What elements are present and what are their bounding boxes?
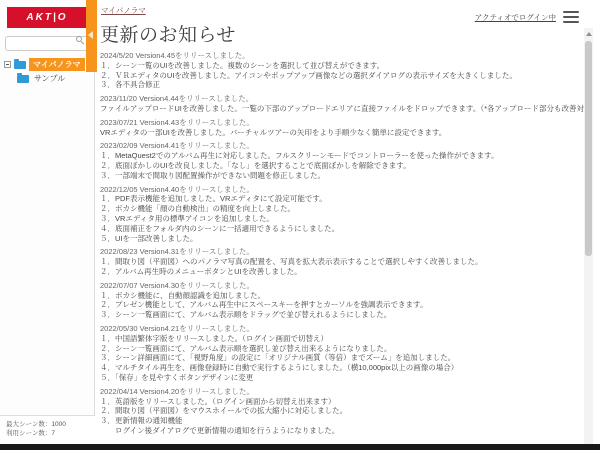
update-item: ２．シーン一覧画面にて、アルバム表示順を選択し並び替え出来るようになりました。	[100, 344, 584, 354]
app-window: AKT|O マイパノラマサンプル 最大シーン数：1000 利用シーン数：7 マイ…	[0, 0, 600, 450]
update-item: ３．各不具合修正	[100, 80, 584, 90]
update-block: 2022/12/05 Version4.40をリリースしました。１．PDF表示機…	[100, 185, 584, 244]
window-bottom-edge	[0, 444, 600, 450]
update-date: 2022/08/23 Version4.31をリリースしました。	[100, 247, 584, 257]
update-item: ２．アルバム再生時のメニューボタンとUIを改善しました。	[100, 267, 584, 277]
update-item: ２．底面ぼかしのUIを改良しました。「なし」を選択することで底面ぼかしを解除でき…	[100, 161, 584, 171]
update-date: 2022/05/30 Version4.21をリリースしました。	[100, 324, 584, 334]
hamburger-bar	[563, 21, 579, 23]
scroll-up-arrow-icon[interactable]	[586, 32, 592, 36]
sidebar-collapse-handle[interactable]	[86, 0, 97, 72]
update-item: ３．更新情報の通知機能	[100, 416, 584, 426]
update-block: 2023/11/20 Version4.44をリリースしました。ファイルアップロ…	[100, 94, 584, 114]
folder-icon	[17, 75, 29, 83]
update-block: 2022/04/14 Version4.20をリリースしました。１．英語版をリリ…	[100, 387, 584, 436]
search-icon[interactable]	[76, 36, 85, 45]
sidebar-tree-item[interactable]: サンプル	[4, 71, 90, 85]
update-item: ３．シーン一覧画面にて、アルバム表示順をドラッグで並び替えれるようにしました。	[100, 310, 584, 320]
tree-collapse-icon[interactable]	[4, 61, 11, 68]
update-block: 2024/5/20 Version4.45をリリースしました。１．シーン一覧のU…	[100, 51, 584, 90]
hamburger-bar	[563, 11, 579, 13]
update-item: ４．マルチタイル再生を、画像登録時に自動で実行するようにしました。（横10,00…	[100, 363, 584, 373]
aktio-logo-text: AKT|O	[26, 12, 67, 23]
update-item: １．中国語繁体字版をリリースしました。（ログイン画面で切替え）	[100, 334, 584, 344]
update-item: ２．ボカシ機能「顔の自動検出」の精度を向上しました。	[100, 204, 584, 214]
login-status-link[interactable]: アクティオでログイン中	[475, 12, 556, 23]
hamburger-menu-icon[interactable]	[563, 11, 579, 23]
update-item: ４．底面補正をフォルダ内のシーンに一括適用できるようにしました。	[100, 224, 584, 234]
vertical-scrollbar[interactable]	[584, 28, 593, 444]
top-right-controls: アクティオでログイン中	[475, 11, 579, 23]
update-item: １．MetaQuest2でのアルバム再生に対応しました。フルスクリーンモードでコ…	[100, 151, 584, 161]
update-item: ２．間取り図（平面図）をマウスホイールでの拡大縮小に対応しました。	[100, 406, 584, 416]
update-item: ２．ＶＲエディタのUIを改善しました。アイコンやポップアップ画像などの選択ダイア…	[100, 71, 584, 81]
update-item: ファイルアップロードUIを改善しました。一覧の下部のアップロードエリアに直接ファ…	[100, 104, 584, 114]
update-list: 2024/5/20 Version4.45をリリースしました。１．シーン一覧のU…	[100, 51, 584, 440]
update-block: 2022/07/07 Version4.30をリリースしました。１．ボカシ機能に…	[100, 281, 584, 320]
aktio-logo: AKT|O	[7, 7, 87, 28]
sidebar: AKT|O マイパノラマサンプル 最大シーン数：1000 利用シーン数：7	[0, 0, 95, 444]
update-item: ３．一部端末で間取り図配置操作ができない問題を修正しました。	[100, 171, 584, 181]
search-box	[5, 33, 89, 51]
update-item: ３．シーン詳細画面にて、「視野角度」の設定に「オリジナル画質（等倍）までズーム」…	[100, 353, 584, 363]
update-item: １．間取り図（平面図）へのパノラマ写真の配置を、写真を拡大表示表示することで選択…	[100, 257, 584, 267]
used-scene-count: 利用シーン数：7	[6, 429, 89, 438]
update-date: 2022/04/14 Version4.20をリリースしました。	[100, 387, 584, 397]
scrollbar-thumb[interactable]	[585, 41, 592, 256]
breadcrumb-mypanorama[interactable]: マイパノラマ	[101, 5, 146, 16]
update-item: ３．VRエディタ用の標準アイコンを追加しました。	[100, 214, 584, 224]
folder-icon	[14, 61, 26, 69]
update-item: １．シーン一覧のUIを改善しました。複数のシーンを選択して並び替えができます。	[100, 61, 584, 71]
sidebar-tree-item[interactable]: マイパノラマ	[4, 57, 90, 71]
update-item: ログイン後ダイアログで更新情報の通知を行うようになりました。	[100, 426, 584, 436]
chevron-left-icon	[88, 31, 93, 39]
update-item: ５．UIを一部改善しました。	[100, 234, 584, 244]
scene-count-panel: 最大シーン数：1000 利用シーン数：7	[0, 415, 95, 444]
max-scene-count: 最大シーン数：1000	[6, 420, 89, 429]
update-block: 2023/02/09 Version4.41をリリースしました。１．MetaQu…	[100, 141, 584, 180]
update-date: 2023/02/09 Version4.41をリリースしました。	[100, 141, 584, 151]
update-block: 2022/08/23 Version4.31をリリースしました。１．間取り図（平…	[100, 247, 584, 276]
update-item: ２．プレゼン機能として、アルバム再生中にスペースキーを押すとカーソルを強調表示で…	[100, 300, 584, 310]
update-item: VRエディタの一部UIを改善しました。バーチャルツアーの矢印をより手順少なく簡単…	[100, 128, 584, 138]
update-block: 2022/05/30 Version4.21をリリースしました。１．中国語繁体字…	[100, 324, 584, 383]
update-date: 2022/12/05 Version4.40をリリースしました。	[100, 185, 584, 195]
update-item: １．英語版をリリースしました。（ログイン画面から切替え出来ます）	[100, 397, 584, 407]
tree-item-label: サンプル	[32, 72, 67, 85]
update-date: 2023/07/21 Version4.43をリリースしました。	[100, 118, 584, 128]
update-date: 2024/5/20 Version4.45をリリースしました。	[100, 51, 584, 61]
update-block: 2023/07/21 Version4.43をリリースしました。VRエディタの一…	[100, 118, 584, 138]
page-title: 更新のお知らせ	[100, 20, 236, 47]
search-handle	[81, 41, 85, 45]
update-date: 2022/07/07 Version4.30をリリースしました。	[100, 281, 584, 291]
hamburger-bar	[563, 16, 579, 18]
update-date: 2023/11/20 Version4.44をリリースしました。	[100, 94, 584, 104]
update-item: ５．「保存」を見やすくボタンデザインに変更	[100, 373, 584, 383]
update-item: １．PDF表示機能を追加しました。VRエディタにて設定可能です。	[100, 194, 584, 204]
folder-tree: マイパノラマサンプル	[4, 57, 90, 85]
update-item: １．ボカシ機能に、自動顔認識を追加しました。	[100, 291, 584, 301]
tree-item-label: マイパノラマ	[29, 58, 85, 71]
